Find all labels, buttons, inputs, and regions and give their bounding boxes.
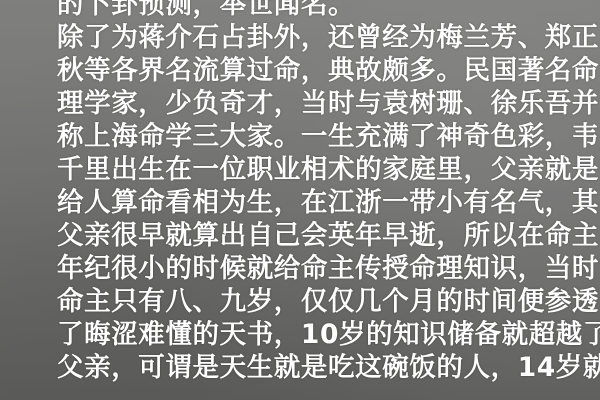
text-line: 年纪很小的时候就给命主传授命理知识，当时	[57, 252, 587, 285]
text-line: 理学家，少负奇才，当时与袁树珊、徐乐吾并	[57, 87, 587, 120]
text-line: 父亲很早就算出自己会英年早逝，所以在命主	[57, 219, 587, 252]
text-line: 称上海命学三大家。一生充满了神奇色彩，韦	[57, 120, 587, 153]
text-line: 秋等各界名流算过命，典故颇多。民国著名命	[57, 54, 587, 87]
text-line: 的卜卦预测，举世闻名。	[57, 0, 587, 21]
text-line: 命主只有八、九岁，仅仅几个月的时间便参透	[57, 285, 587, 318]
article-text-block: 的卜卦预测，举世闻名。 除了为蒋介石占卦外，还曾经为梅兰芳、郑正 秋等各界名流算…	[57, 0, 587, 384]
text-line: 父亲，可谓是天生就是吃这碗饭的人，14岁就	[57, 351, 587, 384]
text-line: 给人算命看相为生，在江浙一带小有名气，其	[57, 186, 587, 219]
text-line: 了晦涩难懂的天书，10岁的知识储备就超越了	[57, 318, 587, 351]
text-line: 除了为蒋介石占卦外，还曾经为梅兰芳、郑正	[57, 21, 587, 54]
text-line: 千里出生在一位职业相术的家庭里，父亲就是	[57, 153, 587, 186]
